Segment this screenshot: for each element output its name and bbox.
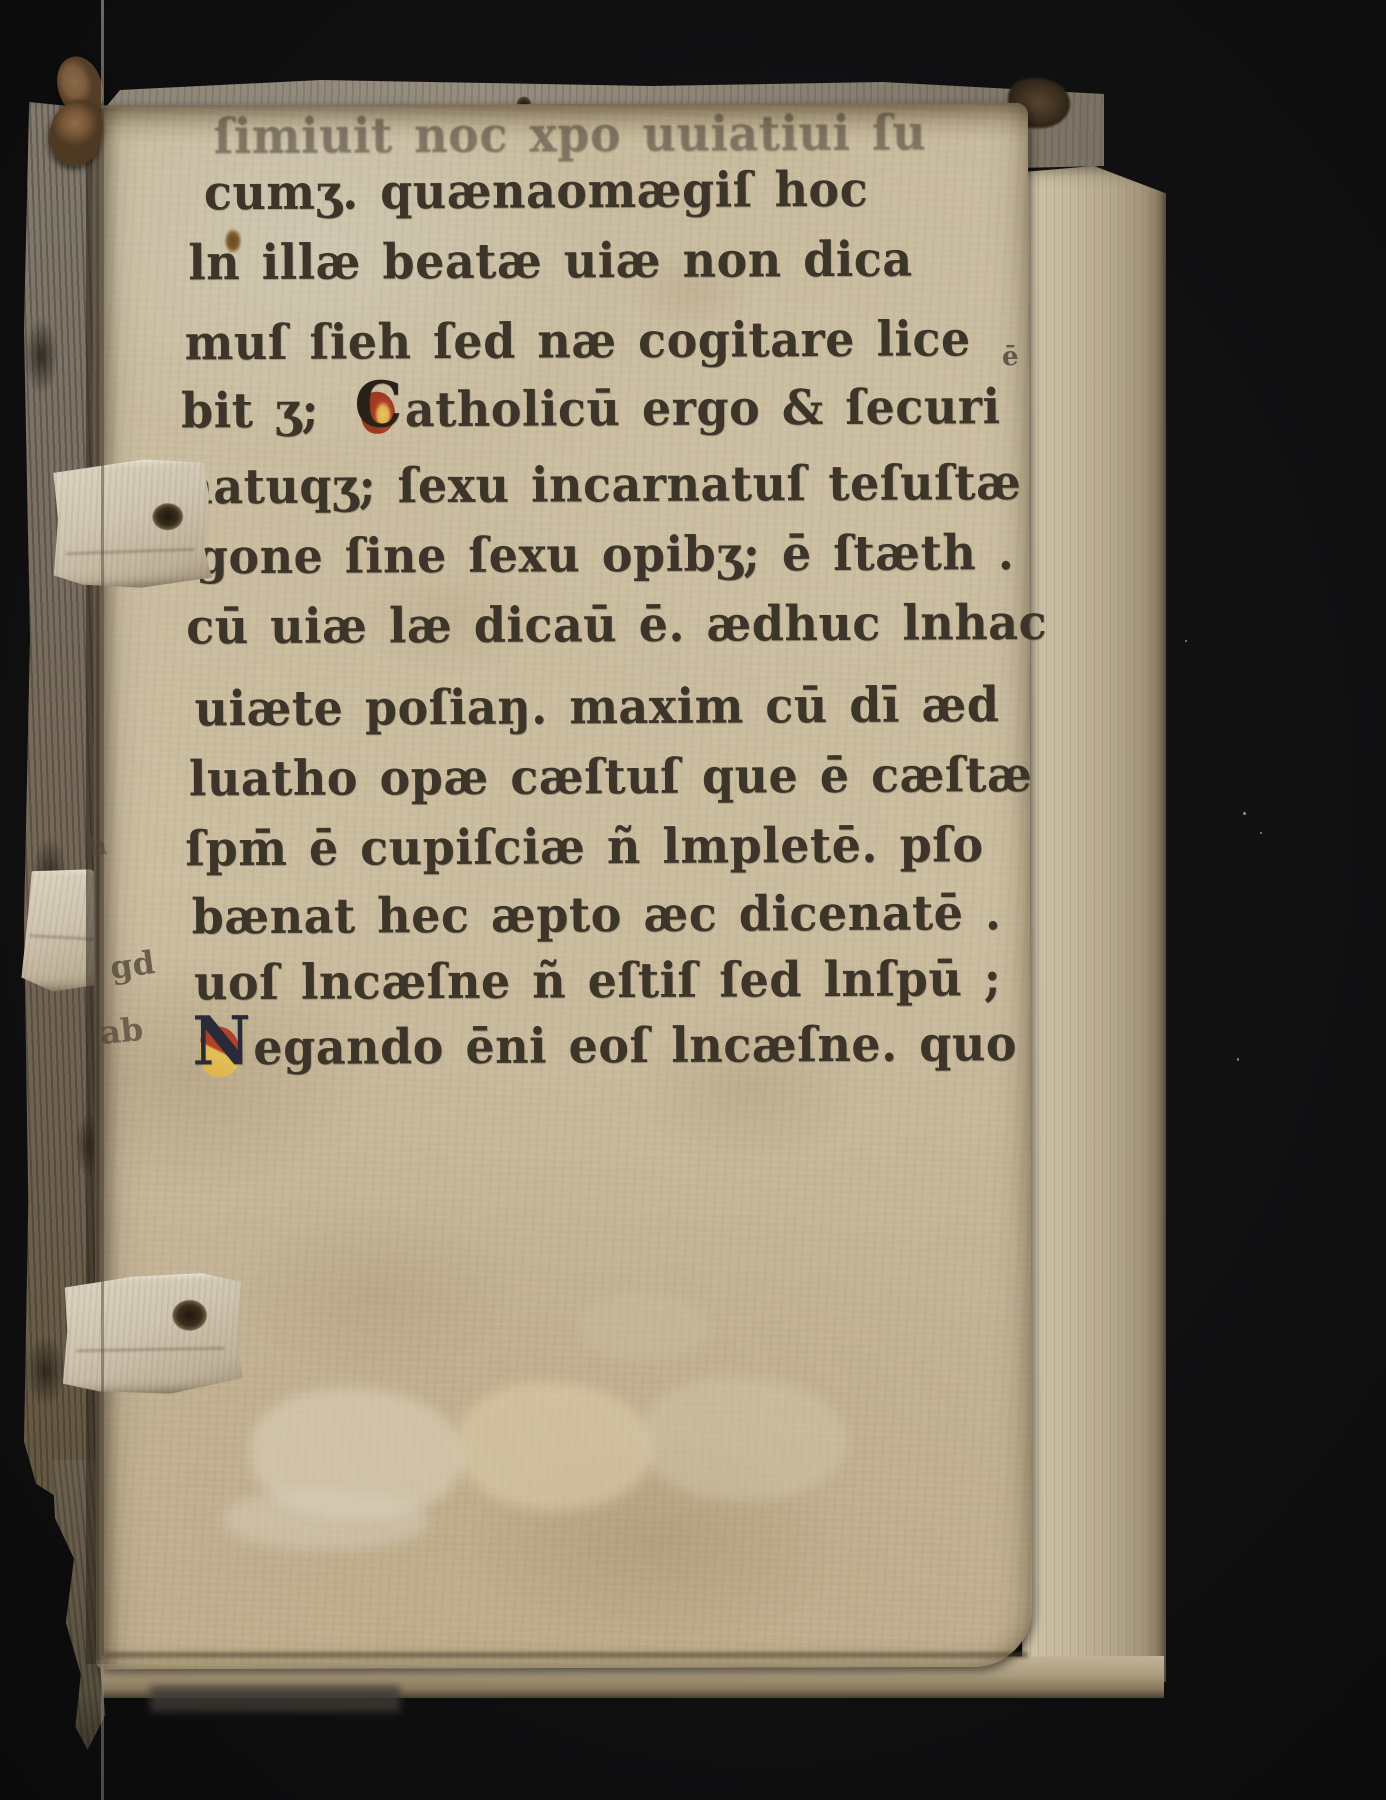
manuscript-line: natuqʒ; ſexu incarnatuſ teſuſtæ	[179, 454, 1021, 515]
gutter-crease	[96, 112, 100, 1660]
decorated-initial-n: N	[192, 1018, 251, 1067]
tab-sewing-hole	[151, 502, 184, 531]
text-block: ſimiuit noc xpo uuiatiui ſu cumʒ. quænao…	[177, 98, 1052, 1103]
tab-sewing-hole	[171, 1299, 208, 1332]
decorated-initial-c: C	[354, 381, 403, 430]
binding-tab-lower	[61, 1272, 243, 1395]
tab-crease	[66, 547, 196, 555]
dust-speck	[1243, 812, 1246, 815]
margin-gloss: gd	[108, 943, 158, 987]
manuscript-line: bænat hec æpto æc dicenatē .	[192, 884, 1002, 945]
manuscript-line: ſimiuit noc xpo uuiatiui ſu	[213, 104, 926, 164]
margin-gloss: ē	[1002, 342, 1019, 372]
binding-tab-upper	[50, 457, 212, 590]
manuscript-line: ln illæ beatæ uiæ non dica	[188, 230, 913, 290]
stain-patch	[642, 1378, 847, 1500]
margin-gloss: ab	[98, 1010, 145, 1052]
stain-patch	[458, 1382, 653, 1510]
dust-speck	[1260, 832, 1262, 834]
stain-patch	[580, 1296, 710, 1360]
manuscript-line: cū uiæ læ dicaū ē. ædhuc lnhac	[186, 594, 1047, 655]
manuscript-line: cumʒ. quænaomægiſ hoc	[204, 161, 869, 221]
stain-patch	[224, 1490, 429, 1550]
manuscript-line-with-initial-n: Negando ēni eoſ lncæſne. quo	[192, 1014, 1017, 1076]
manuscript-line: luatho opæ cæſtuſ que ē cæſtæ	[189, 746, 1033, 807]
bottom-shadow	[150, 1686, 400, 1712]
manuscript-line: uiæte poſiaŋ. maxim cū dī æd	[194, 676, 999, 737]
stray-thread	[101, 0, 104, 1800]
manuscript-line: gone ſine ſexu opibʒ; ē ſtæth .	[196, 524, 1015, 585]
manuscript-line: uoſ lncæſne ñ eſtiſ ſed lnſpū ;	[194, 950, 1002, 1011]
manuscript-line: muſ ſieh ſed næ cogitare lice	[184, 310, 970, 371]
page-bottom-crease	[104, 1652, 1028, 1658]
dust-speck	[1185, 640, 1187, 642]
tab-crease	[77, 1347, 225, 1353]
manuscript-line: ſpm̄ ē cupiſciæ ñ lmpletē. pſo	[185, 816, 984, 877]
sewing-cord-knot	[50, 56, 114, 172]
dust-speck	[1237, 1058, 1239, 1061]
manuscript-line-with-initial-c: bit ʒ; Catholicū ergo & ſecuri	[181, 378, 1001, 439]
manuscript-photo: ſimiuit noc xpo uuiatiui ſu cumʒ. quænao…	[0, 0, 1386, 1800]
